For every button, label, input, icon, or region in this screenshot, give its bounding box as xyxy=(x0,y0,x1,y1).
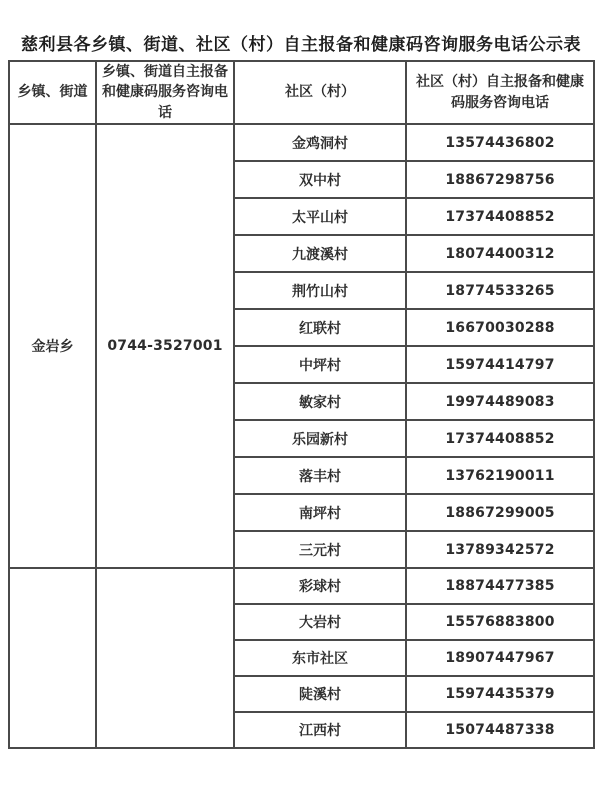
village-name-cell: 落丰村 xyxy=(234,457,406,494)
village-name-cell: 彩球村 xyxy=(234,568,406,604)
township-phone-cell: 0744-3527001 xyxy=(96,124,234,568)
header-row: 乡镇、街道 乡镇、街道自主报备和健康码服务咨询电话 社区（村） 社区（村）自主报… xyxy=(9,61,594,124)
notice-page: 慈利县各乡镇、街道、社区（村）自主报备和健康码咨询服务电话公示表 乡镇、街道 乡… xyxy=(0,0,600,785)
village-name-cell: 太平山村 xyxy=(234,198,406,235)
village-name-cell: 乐园新村 xyxy=(234,420,406,457)
header-village: 社区（村） xyxy=(234,61,406,124)
township-cell xyxy=(9,568,96,748)
village-name-cell: 中坪村 xyxy=(234,346,406,383)
village-name-cell: 大岩村 xyxy=(234,604,406,640)
table-body: 金岩乡0744-3527001金鸡洞村13574436802双中村1886729… xyxy=(9,124,594,748)
village-name-cell: 南坪村 xyxy=(234,494,406,531)
village-phone-cell: 18074400312 xyxy=(406,235,594,272)
village-phone-cell: 13762190011 xyxy=(406,457,594,494)
village-phone-cell: 18874477385 xyxy=(406,568,594,604)
table-row: 彩球村18874477385 xyxy=(9,568,594,604)
village-phone-cell: 18774533265 xyxy=(406,272,594,309)
village-phone-cell: 17374408852 xyxy=(406,198,594,235)
village-phone-cell: 13574436802 xyxy=(406,124,594,161)
page-title: 慈利县各乡镇、街道、社区（村）自主报备和健康码咨询服务电话公示表 xyxy=(0,0,600,60)
village-name-cell: 江西村 xyxy=(234,712,406,748)
header-township-phone: 乡镇、街道自主报备和健康码服务咨询电话 xyxy=(96,61,234,124)
header-village-phone: 社区（村）自主报备和健康码服务咨询电话 xyxy=(406,61,594,124)
village-phone-cell: 15074487338 xyxy=(406,712,594,748)
village-name-cell: 陡溪村 xyxy=(234,676,406,712)
township-cell: 金岩乡 xyxy=(9,124,96,568)
village-phone-cell: 16670030288 xyxy=(406,309,594,346)
village-phone-cell: 17374408852 xyxy=(406,420,594,457)
village-phone-cell: 18907447967 xyxy=(406,640,594,676)
village-phone-cell: 13789342572 xyxy=(406,531,594,568)
village-name-cell: 双中村 xyxy=(234,161,406,198)
village-name-cell: 红联村 xyxy=(234,309,406,346)
township-phone-cell xyxy=(96,568,234,748)
village-phone-cell: 15576883800 xyxy=(406,604,594,640)
village-name-cell: 金鸡洞村 xyxy=(234,124,406,161)
village-name-cell: 敏家村 xyxy=(234,383,406,420)
village-name-cell: 东市社区 xyxy=(234,640,406,676)
village-name-cell: 三元村 xyxy=(234,531,406,568)
village-phone-cell: 18867298756 xyxy=(406,161,594,198)
header-township: 乡镇、街道 xyxy=(9,61,96,124)
table-row: 金岩乡0744-3527001金鸡洞村13574436802 xyxy=(9,124,594,161)
village-phone-cell: 19974489083 xyxy=(406,383,594,420)
village-name-cell: 荆竹山村 xyxy=(234,272,406,309)
village-phone-cell: 15974435379 xyxy=(406,676,594,712)
phone-directory-table: 乡镇、街道 乡镇、街道自主报备和健康码服务咨询电话 社区（村） 社区（村）自主报… xyxy=(8,60,595,749)
table-header: 乡镇、街道 乡镇、街道自主报备和健康码服务咨询电话 社区（村） 社区（村）自主报… xyxy=(9,61,594,124)
village-phone-cell: 15974414797 xyxy=(406,346,594,383)
village-phone-cell: 18867299005 xyxy=(406,494,594,531)
village-name-cell: 九渡溪村 xyxy=(234,235,406,272)
